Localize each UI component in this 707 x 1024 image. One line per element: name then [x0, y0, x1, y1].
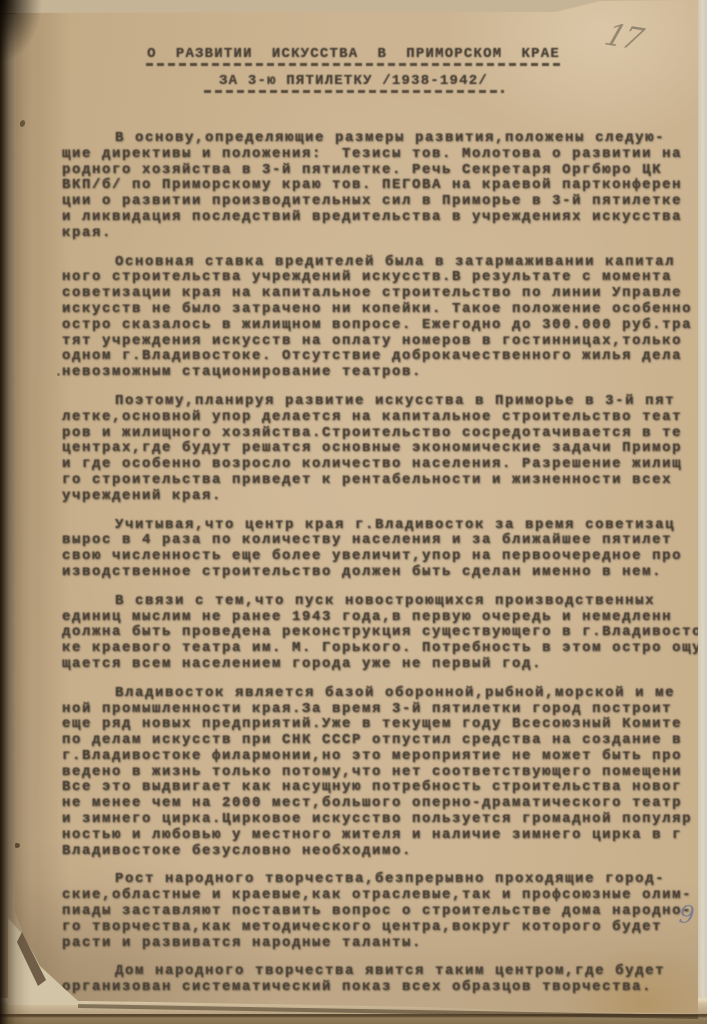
text-line: искусств не было затрачено ни копейки. Т…: [62, 302, 707, 318]
text-line: изводственное строительство должен быть …: [62, 565, 707, 581]
text-line: Поэтому,планируя развитие искусства в Пр…: [62, 394, 707, 410]
text-line: ного строительства учреждений искусств.В…: [62, 270, 707, 286]
text-line: В основу,определяющие размеры развития,п…: [62, 131, 707, 147]
text-line: советизации края на капитальное строител…: [62, 286, 707, 302]
text-line: и зимнего цирка.Цирковое искусство польз…: [62, 812, 707, 828]
text-line: Дом народного творчества явится таким це…: [62, 964, 707, 980]
ink-speck: [57, 373, 60, 376]
text-line: Владивостоке безусловно необходимо.: [62, 844, 707, 860]
text-line: летке,основной упор делается на капиталь…: [62, 410, 707, 426]
document-page: О РАЗВИТИИ ИСКУССТВА В ПРИМОРСКОМ КРАЕ З…: [0, 0, 707, 1024]
text-line: пиады заставляют поставить вопрос о стро…: [62, 904, 707, 920]
text-line: В связи с тем,что пуск новостроющихся пр…: [62, 594, 707, 610]
paragraph: Дом народного творчества явится таким це…: [62, 964, 707, 996]
text-line: по делам искусств при СНК СССР отпустил …: [62, 733, 707, 749]
text-line: тят учреждения искусств на оплату номеро…: [62, 334, 707, 350]
title-underline-2: [204, 90, 504, 93]
text-line: края.: [62, 226, 707, 242]
text-line: г.Владивостоке филармонии,но это меропри…: [62, 749, 707, 765]
text-line: и ликвидация последствий вредительства в…: [62, 210, 707, 226]
document-title: О РАЗВИТИИ ИСКУССТВА В ПРИМОРСКОМ КРАЕ З…: [0, 46, 707, 100]
text-line: еще ряд новых предприятий.Уже в текущем …: [62, 717, 707, 733]
text-line: ВКП/б/ по Приморскому краю тов. ПЕГОВА н…: [62, 178, 707, 194]
text-line: го строительства приведет к рентабельнос…: [62, 473, 707, 489]
text-line: щие директивы и положения: Тезисы тов. М…: [62, 147, 707, 163]
text-line: свою численность еще более увеличит,упор…: [62, 549, 707, 565]
text-line: щается всем населением города уже не пер…: [62, 657, 707, 673]
paragraph: Поэтому,планируя развитие искусства в Пр…: [62, 394, 707, 505]
text-line: невозможным стационирование театров.: [62, 365, 707, 381]
text-line: расти и развиватся народные таланты.: [62, 936, 707, 952]
paragraph: Рост народного творчества,безпрерывно пр…: [62, 872, 707, 951]
ink-speck: [19, 119, 26, 127]
text-line: центрах,где будут решатся основные эконо…: [62, 441, 707, 457]
text-line: организован систематический показ всех о…: [62, 980, 707, 996]
title-underline-1: [146, 63, 562, 66]
text-line: го творчества,как методического центра,в…: [62, 920, 707, 936]
paragraph: Владивосток является базой оборонной,рыб…: [62, 686, 707, 860]
text-line: вырос в 4 раза по количеству населения и…: [62, 533, 707, 549]
text-line: ностью и любовью у местного жителя и нал…: [62, 828, 707, 844]
text-line: остро сказалось в жилищном вопросе. Ежег…: [62, 318, 707, 334]
text-line: ции о развитии производительных сил в Пр…: [62, 194, 707, 210]
text-line: одном г.Владивостоке. Отсутствие доброка…: [62, 349, 707, 365]
text-line: ские,областные и краевые,как отраслевые,…: [62, 888, 707, 904]
text-line: не менее чем на 2000 мест,большого оперн…: [62, 796, 707, 812]
scanned-document: О РАЗВИТИИ ИСКУССТВА В ПРИМОРСКОМ КРАЕ З…: [0, 0, 707, 1024]
document-body: В основу,определяющие размеры развития,п…: [62, 131, 707, 1009]
title-line-2: ЗА 3-ю ПЯТИЛЕТКУ /1938-1942/: [0, 73, 707, 89]
text-line: учреждений края.: [62, 489, 707, 505]
text-line: Основная ставка вредителей была в затарм…: [62, 255, 707, 271]
handwritten-margin-number: 9: [678, 900, 696, 929]
paragraph: Учитывая,что центр края г.Владивосток за…: [62, 518, 707, 581]
text-line: ной промышленности края.За время 3-й пят…: [62, 702, 707, 718]
text-line: Владивосток является базой оборонной,рыб…: [62, 686, 707, 702]
text-line: должна быть проведена реконструкция суще…: [62, 625, 707, 641]
text-line: ров и жилищного хозяйства.Строительство …: [62, 426, 707, 442]
paragraph: В связи с тем,что пуск новостроющихся пр…: [62, 594, 707, 673]
text-line: ке краевого театра им. М. Горького. Потр…: [62, 641, 707, 657]
text-line: единиц мыслим не ранее 1943 года,в перву…: [62, 610, 707, 626]
text-line: Рост народного творчества,безпрерывно пр…: [62, 872, 707, 888]
text-line: Учитывая,что центр края г.Владивосток за…: [62, 518, 707, 534]
text-line: Все это выдвигает как насущную потребнос…: [62, 780, 707, 796]
paragraph: В основу,определяющие размеры развития,п…: [62, 131, 707, 242]
text-line: и где особенно возросло количество насел…: [62, 457, 707, 473]
paragraph: Основная ставка вредителей была в затарм…: [62, 255, 707, 381]
